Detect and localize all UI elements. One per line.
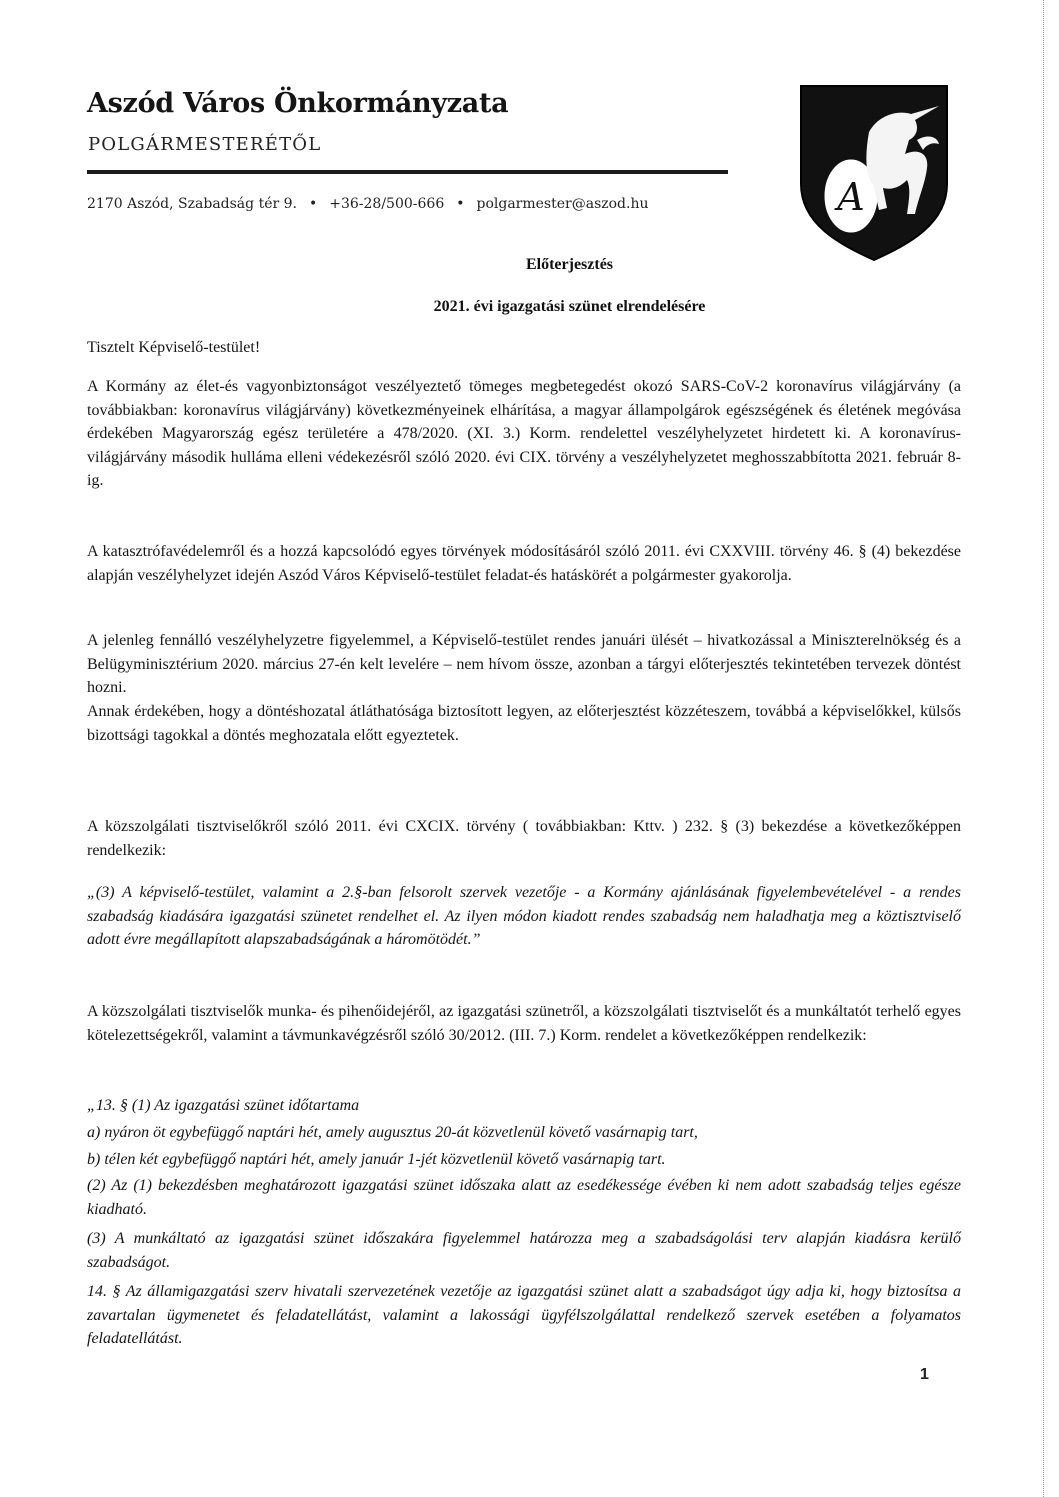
quote-13-1-b: b) télen két egybefüggő naptári hét, ame… (87, 1148, 961, 1172)
quote-kttv-232: „(3) A képviselő-testület, valamint a 2.… (87, 881, 961, 952)
paragraph-emergency-decree: A Kormány az élet-és vagyonbiztonságot v… (87, 375, 961, 493)
organization-name: Aszód Város Önkormányzata (87, 88, 508, 119)
address: 2170 Aszód, Szabadság tér 9. (87, 196, 297, 212)
paragraph-transparency: Annak érdekében, hogy a döntéshozatal át… (87, 700, 961, 747)
quote-13-1-a: a) nyáron öt egybefüggő naptári hét, ame… (87, 1121, 961, 1145)
svg-text:A: A (834, 175, 864, 219)
letterhead-divider (87, 170, 728, 174)
bullet-separator: • (309, 196, 317, 212)
phone-number: +36-28/500-666 (329, 196, 444, 212)
paragraph-disaster-law: A katasztrófavédelemről és a hozzá kapcs… (87, 540, 961, 587)
page-number: 1 (920, 1366, 929, 1384)
quote-13-3: (3) A munkáltató az igazgatási szünet id… (87, 1227, 961, 1274)
paragraph-meeting-notice: A jelenleg fennálló veszélyhelyzetre fig… (87, 629, 961, 700)
coat-of-arms-icon: A (799, 84, 949, 262)
quote-13-2: (2) Az (1) bekezdésben meghatározott iga… (87, 1174, 961, 1221)
quote-13-1: „13. § (1) Az igazgatási szünet időtarta… (87, 1094, 961, 1118)
paragraph-decree-intro: A közszolgálati tisztviselők munka- és p… (87, 1000, 961, 1047)
document-subject-heading: 2021. évi igazgatási szünet elrendelésér… (40, 298, 1059, 316)
bullet-separator: • (456, 196, 464, 212)
salutation: Tisztelt Képviselő-testület! (87, 336, 260, 360)
document-type-heading: Előterjesztés (40, 256, 1059, 274)
email-address: polgarmester@aszod.hu (477, 196, 649, 212)
document-page: Aszód Város Önkormányzata POLGÁRMESTERÉT… (0, 0, 1059, 1497)
quote-14: 14. § Az államigazgatási szerv hivatali … (87, 1280, 961, 1351)
contact-line: 2170 Aszód, Szabadság tér 9.•+36-28/500-… (87, 196, 649, 212)
office-name: POLGÁRMESTERÉTŐL (88, 134, 321, 155)
scan-edge-artifact (1043, 0, 1044, 1497)
paragraph-kttv-intro: A közszolgálati tisztviselőkről szóló 20… (87, 815, 961, 862)
